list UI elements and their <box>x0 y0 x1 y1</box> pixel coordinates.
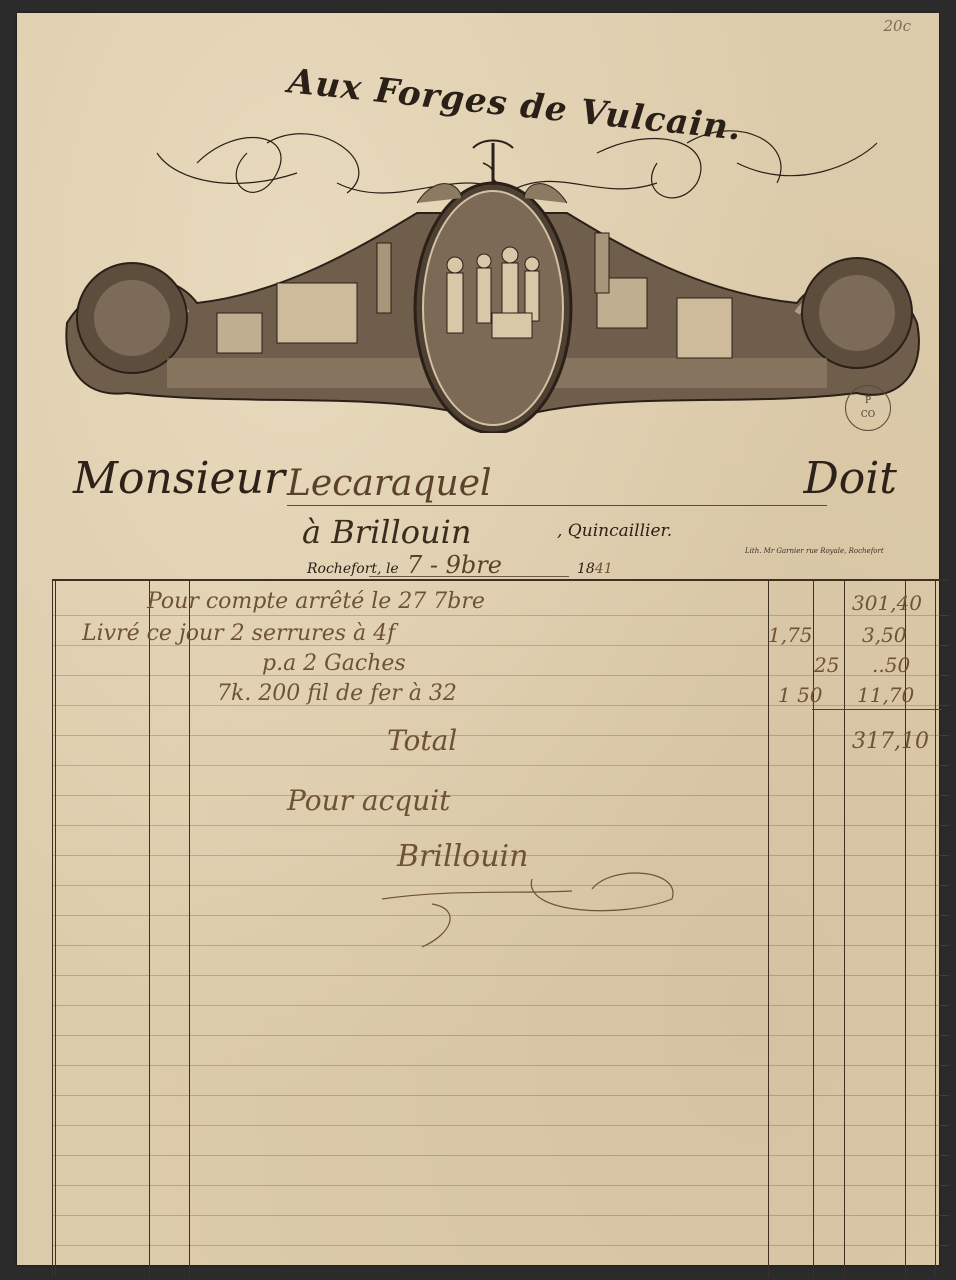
addressee-rule <box>287 505 827 506</box>
line-unit-price: 1 50 <box>778 683 823 707</box>
line-description: Livré ce jour 2 serrures à 4f <box>82 621 395 646</box>
total-amount: 317,10 <box>852 729 929 754</box>
line-amount: ..50 <box>872 653 910 677</box>
line-unit-price: 25 <box>814 653 839 677</box>
addressee-line: Monsieur Lecaraquel Doit <box>57 453 897 513</box>
postmark-stamp: P CO <box>845 385 891 431</box>
receipt-label: Pour acquit <box>287 784 450 817</box>
issuer-trade: , Quincaillier. <box>557 521 672 541</box>
line-amount: 11,70 <box>857 683 914 707</box>
total-rule <box>812 709 942 710</box>
archive-note: 20c <box>884 17 912 35</box>
line-amount: 3,50 <box>862 623 907 647</box>
ledger-top-border <box>52 579 949 581</box>
issuer-name: à Brillouin <box>302 513 471 551</box>
line-description: 7k. 200 fil de fer à 32 <box>217 681 457 706</box>
signature-flourish <box>372 859 692 949</box>
ledger-table: Pour compte arrêté le 27 7bre 301,40 Liv… <box>52 569 949 1280</box>
invoice-page: 20c <box>17 13 939 1265</box>
printer-credit: Lith. Mr Garnier rue Royale, Rochefort <box>745 547 884 555</box>
addressee-prefix: Monsieur <box>73 453 285 504</box>
line-description: Pour compte arrêté le 27 7bre <box>147 589 485 614</box>
forge-engraving-illustration <box>37 123 949 433</box>
addressee-name: Lecaraquel <box>287 463 492 504</box>
line-description: p.a 2 Gaches <box>262 651 406 676</box>
line-amount: 301,40 <box>852 591 922 615</box>
total-label: Total <box>387 724 457 757</box>
doit-label: Doit <box>803 453 897 504</box>
line-unit-price: 1,75 <box>768 623 813 647</box>
